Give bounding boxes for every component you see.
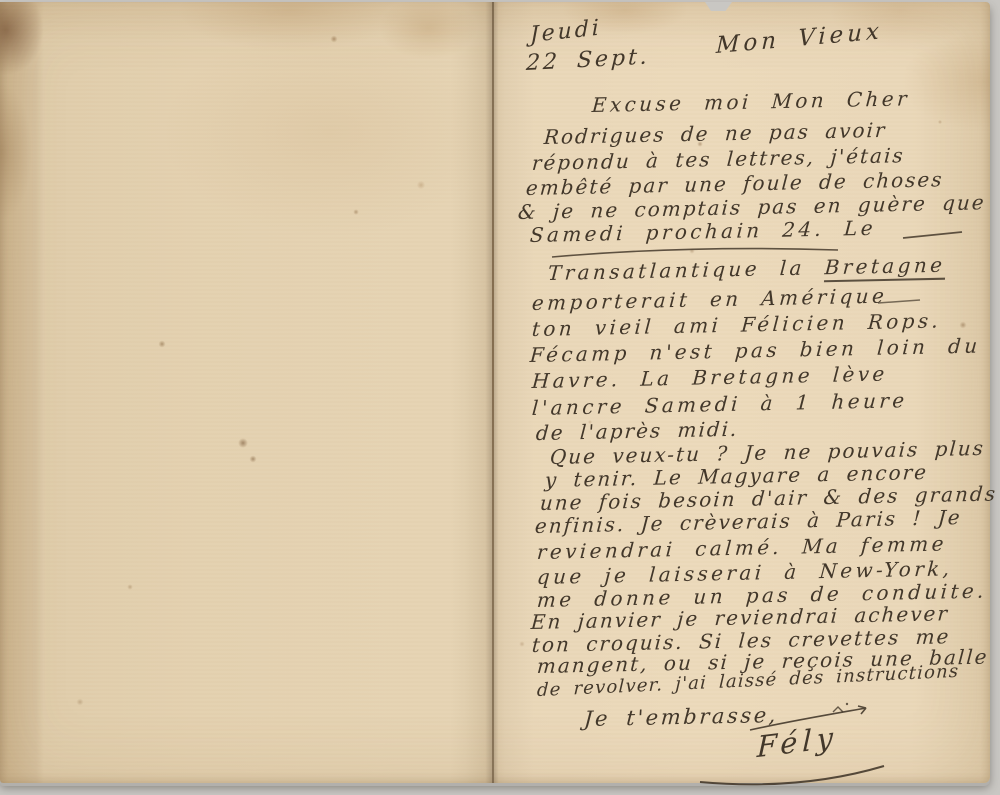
letter-line: Havre. La Bretagne lève	[531, 363, 888, 392]
letter-line: emporterait en Amérique	[531, 285, 888, 314]
scanned-letter-image: Jeudi 22 Sept. Mon Vieux Excuse moi Mon …	[0, 0, 1000, 795]
letter-line: l'ancre Samedi à 1 heure	[531, 389, 908, 419]
letter-line-text: Transatlantique la	[547, 255, 825, 285]
letter-line: de l'après midi.	[535, 418, 739, 444]
center-fold-line	[492, 2, 494, 783]
letter-sheet: Jeudi 22 Sept. Mon Vieux Excuse moi Mon …	[0, 2, 990, 783]
letter-line: Transatlantique la Bretagne	[547, 254, 946, 284]
letter-line: Excuse moi Mon Cher	[591, 87, 911, 116]
salutation: Mon Vieux	[716, 19, 884, 59]
date-day: Jeudi	[530, 16, 602, 48]
closing: Je t'embrasse,	[583, 704, 779, 731]
date-line: 22 Sept.	[525, 45, 650, 76]
paper-edge-notch	[705, 2, 732, 11]
signature: Fély	[756, 722, 838, 764]
underlined-word: Bretagne	[824, 253, 947, 283]
letter-line: Samedi prochain 24. Le	[529, 217, 876, 246]
